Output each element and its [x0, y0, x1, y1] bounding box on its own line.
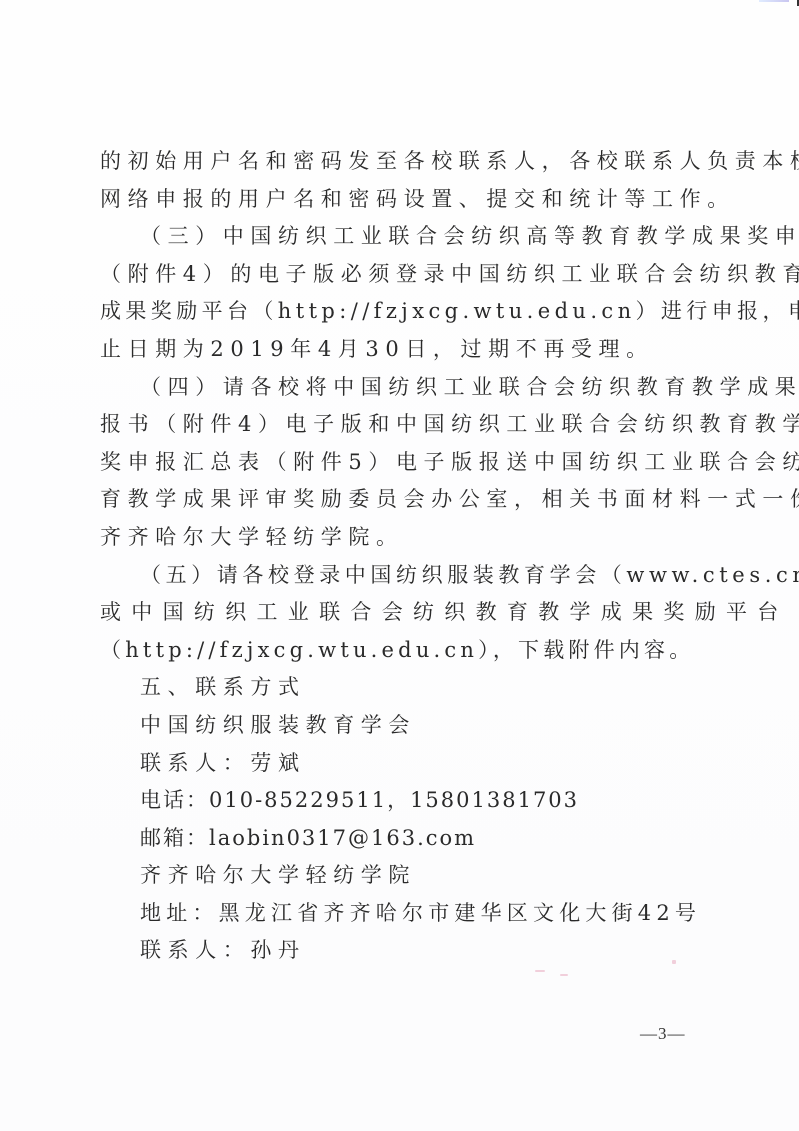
- document-body: 的初始用户名和密码发至各校联系人，各校联系人负责本校成果 网络申报的用户名和密码…: [100, 143, 694, 970]
- paragraph-line: 网络申报的用户名和密码设置、提交和统计等工作。: [100, 181, 694, 219]
- item-five-line: （五）请各校登录中国纺织服装教育学会（www.ctes.cn）: [100, 557, 694, 595]
- contact-phone: 电话：010-85229511，15801381703: [100, 782, 694, 820]
- contact-person: 联系人：劳斌: [100, 745, 694, 783]
- page-number: —3—: [640, 1024, 686, 1044]
- item-four-line: 奖申报汇总表（附件5）电子版报送中国纺织工业联合会纺织教: [100, 444, 694, 482]
- stamp-artifact: [560, 974, 568, 976]
- stamp-artifact: [672, 960, 676, 964]
- item-four-line: 齐齐哈尔大学轻纺学院。: [100, 519, 694, 557]
- item-three-line: 成果奖励平台（http://fzjxcg.wtu.edu.cn）进行申报，申报截: [100, 293, 694, 331]
- item-four-line: 育教学成果评审奖励委员会办公室，相关书面材料一式一份报送: [100, 481, 694, 519]
- contact-email: 邮箱：laobin0317@163.com: [100, 820, 694, 858]
- item-five-line: 或中国纺织工业联合会纺织教育教学成果奖励平台: [100, 594, 694, 632]
- contact-address: 地址：黑龙江省齐齐哈尔市建华区文化大街42号: [100, 895, 694, 933]
- item-three-line: （三）中国纺织工业联合会纺织高等教育教学成果奖申报书: [100, 218, 694, 256]
- contact-person: 联系人：孙丹: [100, 932, 694, 970]
- paragraph-line: 的初始用户名和密码发至各校联系人，各校联系人负责本校成果: [100, 143, 694, 181]
- document-page: 的初始用户名和密码发至各校联系人，各校联系人负责本校成果 网络申报的用户名和密码…: [0, 0, 799, 1131]
- section-heading: 五、联系方式: [100, 669, 694, 707]
- contact-organization: 齐齐哈尔大学轻纺学院: [100, 857, 694, 895]
- item-five-line: （http://fzjxcg.wtu.edu.cn），下载附件内容。: [100, 632, 694, 670]
- item-four-line: 报书（附件4）电子版和中国纺织工业联合会纺织教育教学成果: [100, 406, 694, 444]
- item-four-line: （四）请各校将中国纺织工业联合会纺织教育教学成果奖申: [100, 369, 694, 407]
- contact-organization: 中国纺织服装教育学会: [100, 707, 694, 745]
- item-three-line: 止日期为2019年4月30日，过期不再受理。: [100, 331, 694, 369]
- item-three-line: （附件4）的电子版必须登录中国纺织工业联合会纺织教育教学: [100, 256, 694, 294]
- stamp-artifact: [535, 970, 545, 972]
- scan-artifact: [759, 0, 789, 2]
